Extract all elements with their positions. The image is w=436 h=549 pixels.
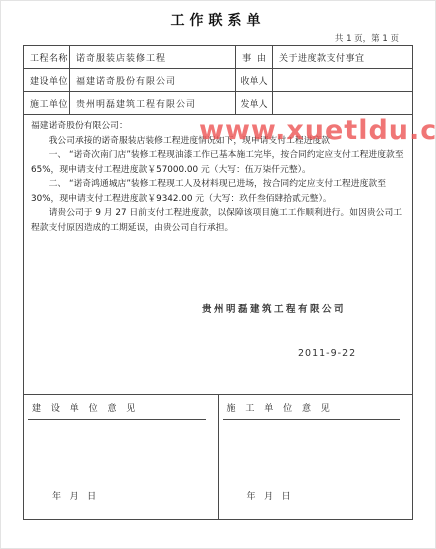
signature-block: 贵州明磊建筑工程有限公司 2011-9-22 [202,303,356,361]
salutation: 福建诺奇股份有限公司： [31,119,405,134]
document-page: 工作联系单 共 1 页，第 1 页 www.xuetldu.cn 工程名称 诺奇… [0,0,436,549]
signature-company: 贵州明磊建筑工程有限公司 [202,303,356,318]
contractor-opinion-header: 施 工 单 位 意 见 [223,399,401,420]
date-placeholder: 年 月 日 [247,489,291,502]
client-opinion-header: 建 设 单 位 意 见 [28,399,206,420]
subject-value: 关于进度款支付事宜 [273,46,412,68]
table-row: 工程名称 诺奇服装店装修工程 事 由 关于进度款支付事宜 [24,46,412,69]
opinion-section: 建 设 单 位 意 见 年 月 日 施 工 单 位 意 见 年 月 日 [24,395,412,519]
date-placeholder: 年 月 日 [52,489,96,502]
body-paragraph: 请贵公司于 9 月 27 日前支付工程进度款，以保障该项目施工工作顺利进行。如因… [31,206,405,235]
body-content-cell: 福建诺奇股份有限公司： 我公司承接的诺奇服装店装修工程进度情况如下，现申请支付工… [24,115,412,395]
client-unit-value: 福建诺奇股份有限公司 [70,69,236,91]
client-unit-label: 建设单位 [24,69,70,91]
contact-form-table: 工程名称 诺奇服装店装修工程 事 由 关于进度款支付事宜 建设单位 福建诺奇股份… [23,45,413,520]
signature-date: 2011-9-22 [298,347,356,362]
table-row: 施工单位 贵州明磊建筑工程有限公司 发单人 [24,92,412,115]
body-paragraph: 一、 “诺奇次南门店”装修工程现油漆工作已基本施工完毕，按合同约定应支付工程进度… [31,148,405,177]
project-name-value: 诺奇服装店装修工程 [70,46,236,68]
table-row: 建设单位 福建诺奇股份有限公司 收单人 [24,69,412,92]
contractor-opinion-cell: 施 工 单 位 意 见 年 月 日 [219,395,413,519]
body-paragraph: 二、 “诺奇鸿通城店”装修工程现工人及材料现已进场，按合同约定应支付工程进度款至… [31,177,405,206]
document-title: 工作联系单 [1,10,435,30]
contractor-unit-label: 施工单位 [24,92,70,114]
client-opinion-cell: 建 设 单 位 意 见 年 月 日 [24,395,219,519]
page-count-label: 共 1 页，第 1 页 [335,32,399,44]
body-paragraph: 我公司承接的诺奇服装店装修工程进度情况如下，现申请支付工程进度款 [31,134,405,149]
sender-value [273,92,412,114]
sender-label: 发单人 [236,92,273,114]
project-name-label: 工程名称 [24,46,70,68]
receiver-value [273,69,412,91]
subject-label: 事 由 [236,46,273,68]
receiver-label: 收单人 [236,69,273,91]
contractor-unit-value: 贵州明磊建筑工程有限公司 [70,92,236,114]
